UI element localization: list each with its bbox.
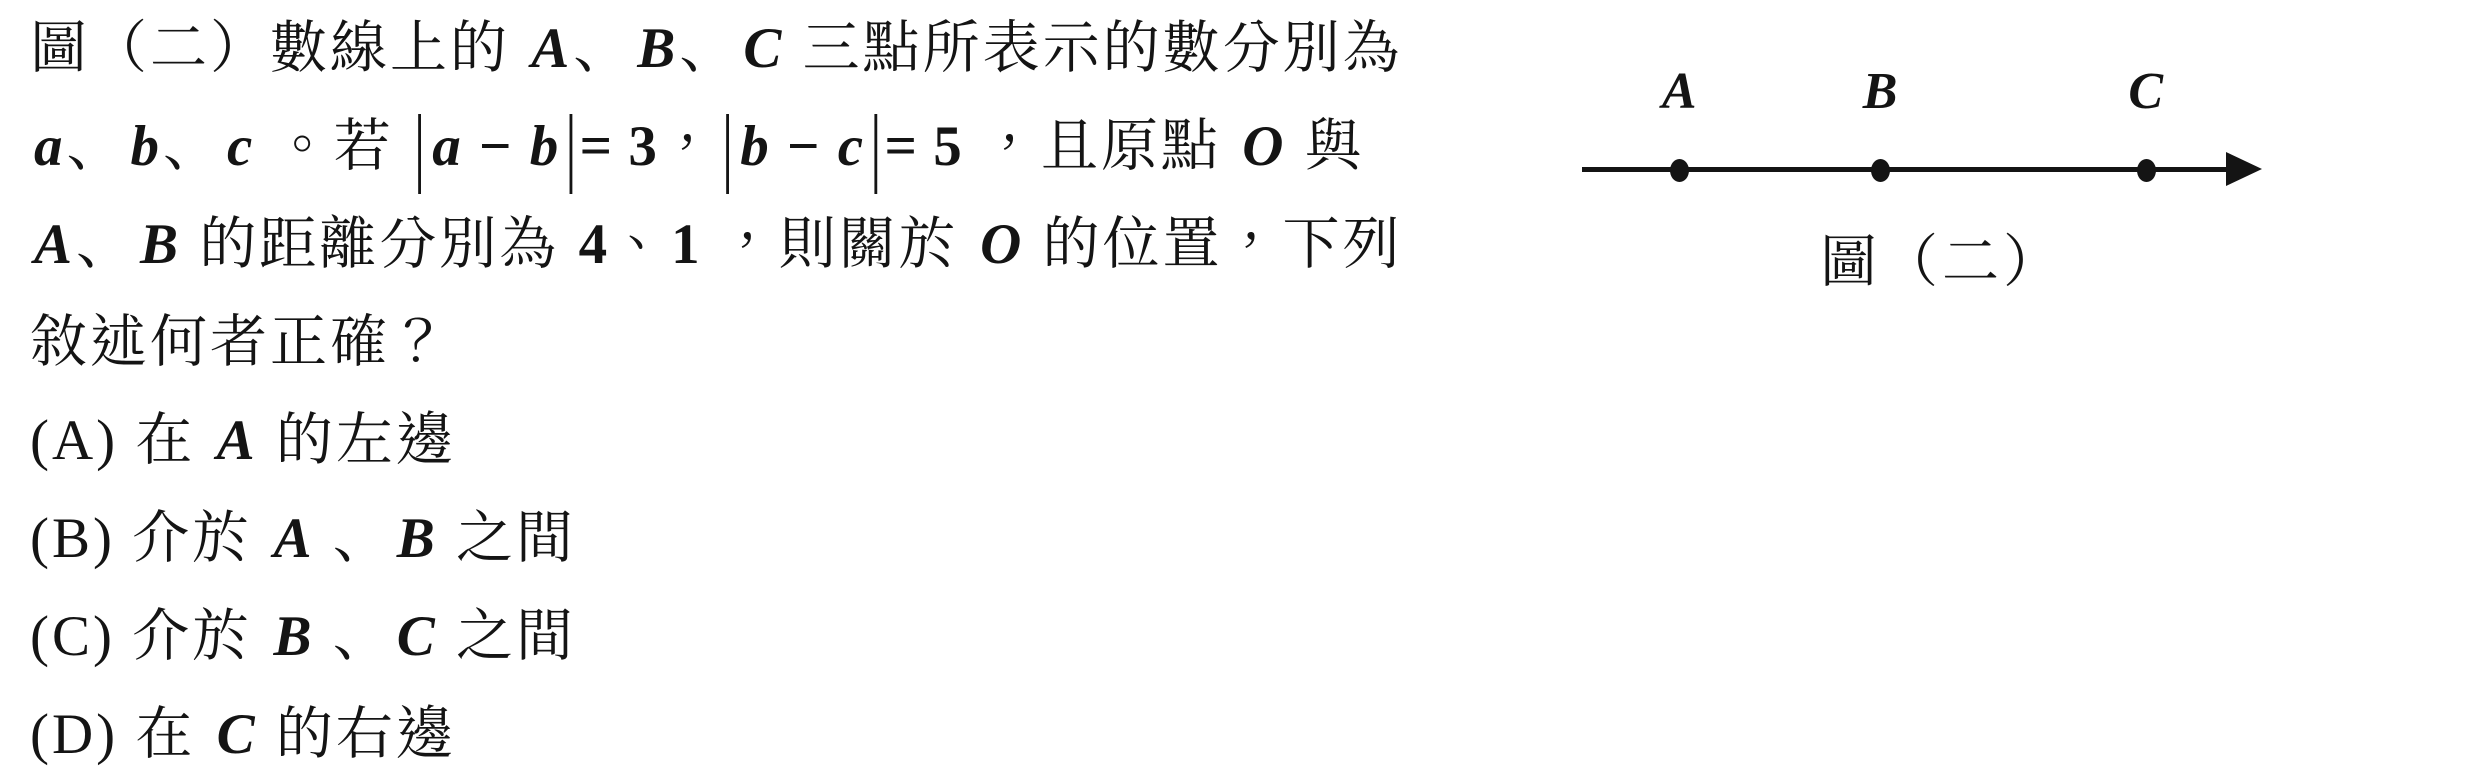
option-a: (A) 在 A 的左邊 bbox=[30, 392, 1570, 490]
point-label-a: A bbox=[1649, 62, 1709, 122]
abs-bar: | bbox=[414, 71, 425, 223]
text-run: 、 bbox=[67, 115, 127, 178]
abs-bar: | bbox=[565, 71, 576, 223]
math-variable: b bbox=[736, 115, 773, 178]
option-b: (B) 介於 A 、B 之間 bbox=[30, 490, 1570, 588]
math-operator: = bbox=[885, 115, 932, 178]
text-run: 的位置，下列 bbox=[1025, 213, 1402, 276]
math-variable: B bbox=[633, 17, 679, 80]
math-variable: a bbox=[428, 115, 465, 178]
math-number: 1 bbox=[669, 213, 702, 276]
math-variable: b bbox=[526, 115, 563, 178]
text-run: 的左邊 bbox=[259, 409, 456, 472]
text-run: 、 bbox=[573, 17, 633, 80]
math-operator: − bbox=[465, 115, 526, 178]
text-run: ，則關於 bbox=[702, 213, 977, 276]
math-variable: c bbox=[223, 115, 256, 178]
math-variable: C bbox=[393, 605, 439, 668]
point-dot-b bbox=[1871, 159, 1890, 182]
math-variable: A bbox=[30, 213, 76, 276]
math-variable: C bbox=[739, 17, 785, 80]
question-line-2: a、b、c 。若 |a − b|= 3，|b − c|= 5 ，且原點 O 與 bbox=[30, 98, 1570, 196]
point-dot-a bbox=[1670, 159, 1689, 182]
point-label-c: C bbox=[2116, 62, 2176, 122]
diagram-caption: 圖（二） bbox=[1747, 218, 2137, 308]
question-line-4: 敘述何者正確？ bbox=[30, 294, 1570, 392]
question-line-1: 圖（二）數線上的 A、B、C 三點所表示的數分別為 bbox=[30, 0, 1570, 98]
math-operator: − bbox=[773, 115, 834, 178]
math-variable: C bbox=[213, 703, 259, 766]
abs-bar: | bbox=[722, 71, 733, 223]
text-run: 之間 bbox=[439, 605, 576, 668]
number-line-diagram: ABC 圖（二） bbox=[1582, 40, 2302, 310]
point-label-b: B bbox=[1850, 62, 1910, 122]
text-run: 。若 bbox=[256, 115, 411, 178]
text-run: (D) 在 bbox=[30, 703, 213, 766]
text-run: 圖（二）數線上的 bbox=[30, 17, 527, 80]
math-variable: O bbox=[1238, 115, 1287, 178]
text-run: 、 bbox=[163, 115, 223, 178]
text-run: 與 bbox=[1287, 115, 1364, 178]
option-d: (D) 在 C 的右邊 bbox=[30, 686, 1570, 784]
math-number: 3 bbox=[626, 115, 659, 178]
math-variable: b bbox=[127, 115, 164, 178]
abs-bar: | bbox=[870, 71, 881, 223]
text-run: (C) 介於 bbox=[30, 605, 269, 668]
text-run: 的右邊 bbox=[259, 703, 456, 766]
math-operator: = bbox=[580, 115, 627, 178]
text-run: 、 bbox=[609, 213, 669, 276]
question-line-3: A、B 的距離分別為 4、1 ，則關於 O 的位置，下列 bbox=[30, 196, 1570, 294]
text-run: 之間 bbox=[439, 507, 576, 570]
math-number: 4 bbox=[577, 213, 610, 276]
text-run: 、 bbox=[316, 605, 393, 668]
math-variable: B bbox=[136, 213, 182, 276]
text-run: ， bbox=[659, 115, 719, 178]
text-run: 的距離分別為 bbox=[182, 213, 577, 276]
math-variable: O bbox=[976, 213, 1025, 276]
text-run: (A) 在 bbox=[30, 409, 213, 472]
math-variable: B bbox=[269, 605, 315, 668]
math-variable: c bbox=[834, 115, 867, 178]
math-variable: a bbox=[30, 115, 67, 178]
right-arrow-icon bbox=[2226, 152, 2262, 186]
point-dot-c bbox=[2137, 159, 2156, 182]
question-text: 圖（二）數線上的 A、B、C 三點所表示的數分別為 a、b、c 。若 |a − … bbox=[30, 0, 1570, 784]
question-page: 圖（二）數線上的 A、B、C 三點所表示的數分別為 a、b、c 。若 |a − … bbox=[0, 0, 2470, 784]
text-run: 、 bbox=[316, 507, 393, 570]
math-variable: A bbox=[213, 409, 259, 472]
math-variable: B bbox=[393, 507, 439, 570]
number-line-track-area: ABC bbox=[1582, 40, 2230, 200]
text-run: ，且原點 bbox=[964, 115, 1239, 178]
text-run: 、 bbox=[76, 213, 136, 276]
math-number: 5 bbox=[931, 115, 964, 178]
text-run: 敘述何者正確？ bbox=[30, 311, 450, 374]
text-run: (B) 介於 bbox=[30, 507, 269, 570]
math-variable: A bbox=[269, 507, 315, 570]
option-c: (C) 介於 B 、C 之間 bbox=[30, 588, 1570, 686]
